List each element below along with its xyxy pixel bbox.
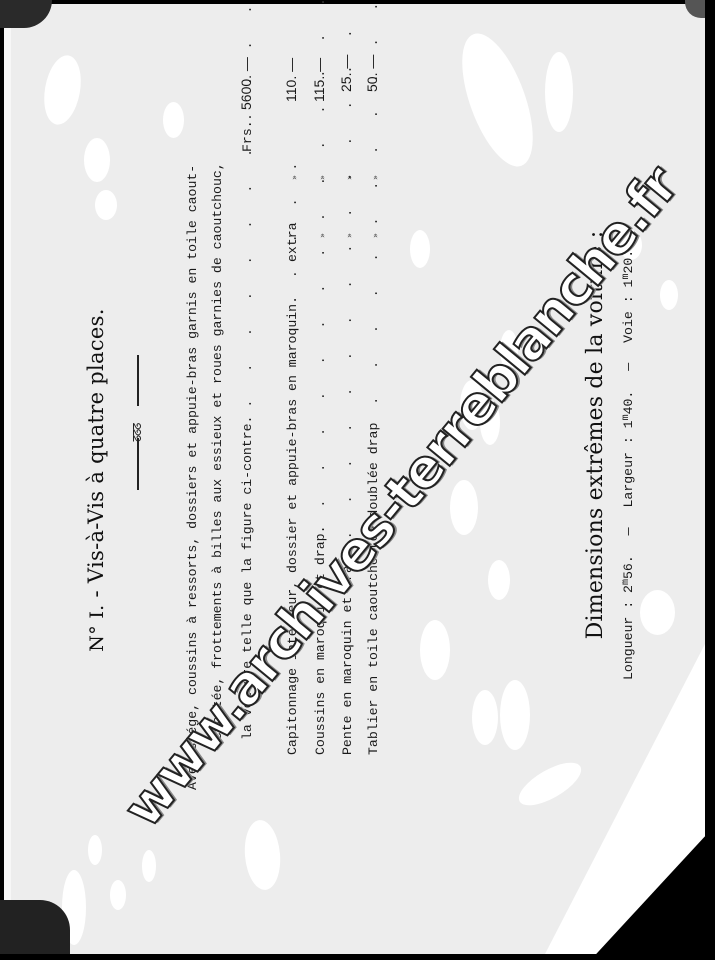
ditto-mark: »	[371, 175, 380, 180]
ornament-line	[137, 438, 139, 490]
option-price: 50. —	[364, 55, 380, 92]
option-row: Pente en maroquin et drap . . . . . . . …	[340, 0, 355, 755]
separator-dash: —	[621, 363, 636, 371]
track-value: 1	[621, 280, 636, 288]
currency-label: Frs.	[240, 120, 255, 152]
width-value: 1	[621, 420, 636, 428]
title-number: N° I.	[86, 605, 108, 652]
dimensions-heading: Dimensions extrêmes de la voiture :	[583, 0, 608, 960]
ditto-mark: »	[290, 175, 299, 180]
ornament-line	[137, 355, 139, 406]
ditto-mark: »	[318, 175, 327, 180]
ornament-knot-icon: ᘔᘔᘔ	[132, 406, 144, 442]
title-text: Vis-à-Vis à quatre places.	[84, 308, 108, 583]
length-decimal: 56.	[621, 555, 636, 579]
ditto-mark: »	[345, 175, 354, 180]
width-label: Largeur :	[621, 436, 636, 507]
description-line-2: choutée, frottements à billes aux essieu…	[210, 162, 225, 740]
ditto-mark: »	[345, 233, 354, 238]
option-price: 25. —	[338, 55, 354, 92]
catalog-page: N° I. - Vis-à-Vis à quatre places. ᘔᘔᘔ A…	[0, 0, 715, 960]
title-separator: -	[84, 590, 108, 597]
scanned-page: N° I. - Vis-à-Vis à quatre places. ᘔᘔᘔ A…	[0, 0, 715, 960]
separator-dash: —	[621, 527, 636, 535]
length-unit: m	[621, 579, 632, 585]
ditto-mark: »	[371, 233, 380, 238]
width-decimal: 40.	[621, 391, 636, 415]
option-label: Capitonnage intérieur, dossier et appuie…	[285, 296, 300, 755]
dimensions-values: Longueur : 2m56. — Largeur : 1m40. — Voi…	[621, 250, 636, 680]
ornament-divider: ᘔᘔᘔ	[132, 355, 144, 490]
width-unit: m	[621, 414, 632, 420]
length-value: 2	[621, 585, 636, 593]
track-label: Voie :	[621, 295, 636, 342]
base-price: 5600. —	[238, 57, 254, 110]
option-price: 115. —	[311, 58, 327, 102]
length-label: Longueur :	[621, 601, 636, 680]
ditto-mark: »	[318, 233, 327, 238]
page-title: N° I. - Vis-à-Vis à quatre places.	[84, 0, 108, 960]
option-price: 110. —	[283, 58, 299, 102]
option-label: Tablier en toile caoutchoutée doublée dr…	[366, 423, 381, 755]
option-row: Tablier en toile caoutchoutée doublée dr…	[366, 0, 381, 755]
option-type: extra	[285, 222, 300, 262]
